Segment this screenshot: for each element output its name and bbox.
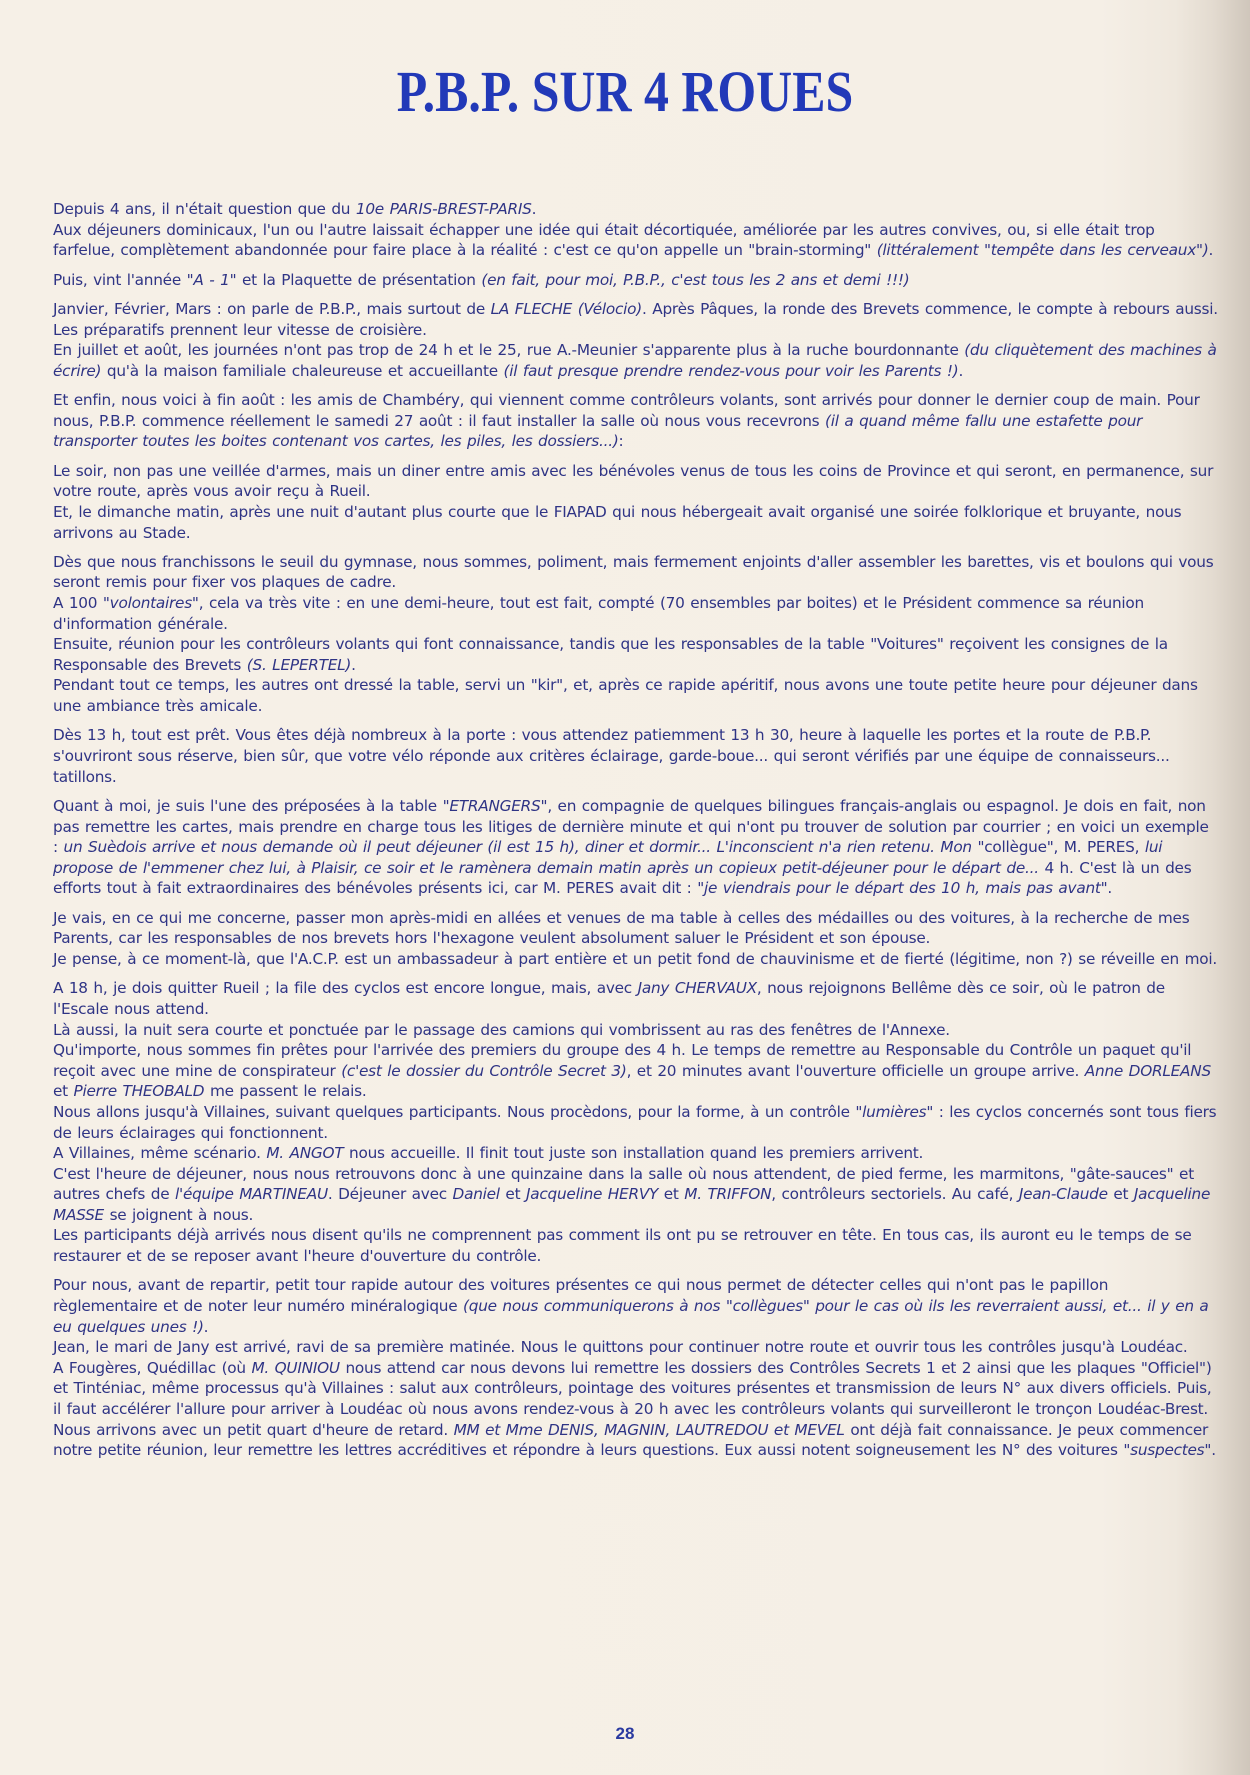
paragraph: Janvier, Février, Mars : on parle de P.B… (53, 299, 1218, 340)
text: , et 20 minutes avant l'ouverture offici… (627, 1062, 1085, 1080)
paragraph: Ensuite, réunion pour les contrôleurs vo… (53, 634, 1218, 675)
text: et (658, 1185, 684, 1203)
italic-text: "A - 1" (187, 271, 237, 289)
article-body: Depuis 4 ans, il n'était question que du… (53, 199, 1218, 1461)
italic-text: "je viendrais pour le départ des 10 h, m… (697, 879, 1107, 897)
text: . (204, 1318, 209, 1336)
italic-text: Jacqueline HERVY (526, 1185, 658, 1203)
paragraph: Jean, le mari de Jany est arrivé, ravi d… (53, 1337, 1218, 1358)
text: A Villaines, même scénario. (53, 1144, 266, 1162)
italic-text: "ETRANGERS" (443, 797, 548, 815)
paragraph: Là aussi, la nuit sera courte et ponctué… (53, 1020, 1218, 1041)
italic-text: Daniel (453, 1185, 500, 1203)
paragraph: Qu'importe, nous sommes fin prêtes pour … (53, 1040, 1218, 1102)
paragraph: Pour nous, avant de repartir, petit tour… (53, 1275, 1218, 1337)
text: . (532, 200, 537, 218)
paragraph: Nous allons jusqu'à Villaines, suivant q… (53, 1102, 1218, 1143)
italic-text: (il faut presque prendre rendez-vous pou… (504, 362, 959, 380)
italic-text: "suspectes" (1123, 1441, 1211, 1459)
text: En juillet et août, les journées n'ont p… (53, 341, 964, 359)
text: A Fougères, Quédillac (où (53, 1359, 251, 1377)
text: A 100 (53, 594, 103, 612)
text: Pendant tout ce temps, les autres ont dr… (53, 676, 1198, 715)
italic-text: (littéralement "tempête dans les cerveau… (877, 241, 1209, 259)
paragraph: Quant à moi, je suis l'une des préposées… (53, 796, 1218, 899)
text: A 18 h, je dois quitter Rueil ; la file … (53, 979, 638, 997)
paragraph: A 18 h, je dois quitter Rueil ; la file … (53, 978, 1218, 1019)
text: Je pense, à ce moment-là, que l'A.C.P. e… (53, 950, 1217, 968)
italic-text: M. TRIFFON (684, 1185, 771, 1203)
italic-text: M. ANGOT (266, 1144, 343, 1162)
text: Janvier, Février, Mars : on parle de P.B… (53, 300, 491, 318)
text: Les participants déjà arrivés nous disen… (53, 1226, 1191, 1265)
italic-text: Anne DORLEANS (1085, 1062, 1211, 1080)
text: me passent le relais. (204, 1082, 366, 1100)
text: : (619, 432, 624, 450)
paragraph: Depuis 4 ans, il n'était question que du… (53, 199, 1218, 220)
text: Jean, le mari de Jany est arrivé, ravi d… (53, 1338, 1187, 1356)
paragraph: Et enfin, nous voici à fin août : les am… (53, 390, 1218, 452)
text: . (1211, 1441, 1216, 1459)
text: . (1209, 241, 1214, 259)
paragraph: Aux déjeuners dominicaux, l'un ou l'autr… (53, 220, 1218, 261)
paragraph: Dès 13 h, tout est prêt. Vous êtes déjà … (53, 725, 1218, 787)
text: nous accueille. Il finit tout juste son … (343, 1144, 923, 1162)
text: et (53, 1082, 74, 1100)
text: . (958, 362, 963, 380)
paragraph: Je pense, à ce moment-là, que l'A.C.P. e… (53, 949, 1218, 970)
italic-text: Pierre THEOBALD (74, 1082, 205, 1100)
text: Puis, vint l'année (53, 271, 187, 289)
text: Quant à moi, je suis l'une des préposées… (53, 797, 443, 815)
text: Et, le dimanche matin, après une nuit d'… (53, 503, 1181, 542)
text: se joignent à nous. (104, 1206, 253, 1224)
text: Dès 13 h, tout est prêt. Vous êtes déjà … (53, 726, 1170, 785)
italic-text: un Suèdois arrive et nous demande où il … (64, 838, 978, 856)
text: . (351, 656, 356, 674)
text: "collègue", M. PERES, (977, 838, 1144, 856)
italic-text: 10e PARIS-BREST-PARIS (356, 200, 532, 218)
italic-text: "volontaires" (103, 594, 199, 612)
text: , contrôleurs sectoriels. Au café, (771, 1185, 1019, 1203)
italic-text: l'équipe MARTINEAU (175, 1185, 328, 1203)
paragraph: Puis, vint l'année "A - 1" et la Plaquet… (53, 270, 1218, 291)
text: Nous allons jusqu'à Villaines, suivant q… (53, 1103, 855, 1121)
text: Ensuite, réunion pour les contrôleurs vo… (53, 635, 1168, 674)
italic-text: (c'est le dossier du Contrôle Secret 3) (341, 1062, 626, 1080)
italic-text: LA FLECHE (Vélocio) (491, 300, 642, 318)
paragraph: Les participants déjà arrivés nous disen… (53, 1225, 1218, 1266)
italic-text: M. QUINIOU (251, 1359, 339, 1377)
page-number: 28 (0, 1724, 1250, 1744)
text: Là aussi, la nuit sera courte et ponctué… (53, 1021, 950, 1039)
italic-text: (S. LEPERTEL) (247, 656, 351, 674)
text: et (500, 1185, 526, 1203)
paragraph: Dès que nous franchissons le seuil du gy… (53, 552, 1218, 593)
paragraph: Et, le dimanche matin, après une nuit d'… (53, 502, 1218, 543)
text: et la Plaquette de présentation (236, 271, 481, 289)
italic-text: Jean-Claude (1019, 1185, 1108, 1203)
text: Depuis 4 ans, il n'était question que du (53, 200, 356, 218)
paragraph: A 100 "volontaires", cela va très vite :… (53, 593, 1218, 634)
paragraph: Pendant tout ce temps, les autres ont dr… (53, 675, 1218, 716)
text: . Déjeuner avec (328, 1185, 453, 1203)
paragraph: Le soir, non pas une veillée d'armes, ma… (53, 461, 1218, 502)
text: , cela va très vite : en une demi-heure,… (53, 594, 1144, 633)
italic-text: (en fait, pour moi, P.B.P., c'est tous l… (481, 271, 909, 289)
text: qu'à la maison familiale chaleureuse et … (101, 362, 503, 380)
paragraph: A Villaines, même scénario. M. ANGOT nou… (53, 1143, 1218, 1164)
paragraph: A Fougères, Quédillac (où M. QUINIOU nou… (53, 1358, 1218, 1461)
article-title: P.B.P. SUR 4 ROUES (88, 58, 1163, 125)
paragraph: C'est l'heure de déjeuner, nous nous ret… (53, 1164, 1218, 1226)
text: et (1108, 1185, 1134, 1203)
italic-text: "lumières" (855, 1103, 933, 1121)
text: Dès que nous franchissons le seuil du gy… (53, 553, 1213, 592)
italic-text: MM et Mme DENIS, MAGNIN, LAUTREDOU et ME… (454, 1421, 845, 1439)
text: . (1107, 879, 1112, 897)
magazine-page: P.B.P. SUR 4 ROUES Depuis 4 ans, il n'ét… (0, 0, 1250, 1775)
paragraph: En juillet et août, les journées n'ont p… (53, 340, 1218, 381)
paragraph: Je vais, en ce qui me concerne, passer m… (53, 908, 1218, 949)
text: Le soir, non pas une veillée d'armes, ma… (53, 462, 1213, 501)
italic-text: Jany CHERVAUX (638, 979, 757, 997)
text: Je vais, en ce qui me concerne, passer m… (53, 909, 1189, 948)
